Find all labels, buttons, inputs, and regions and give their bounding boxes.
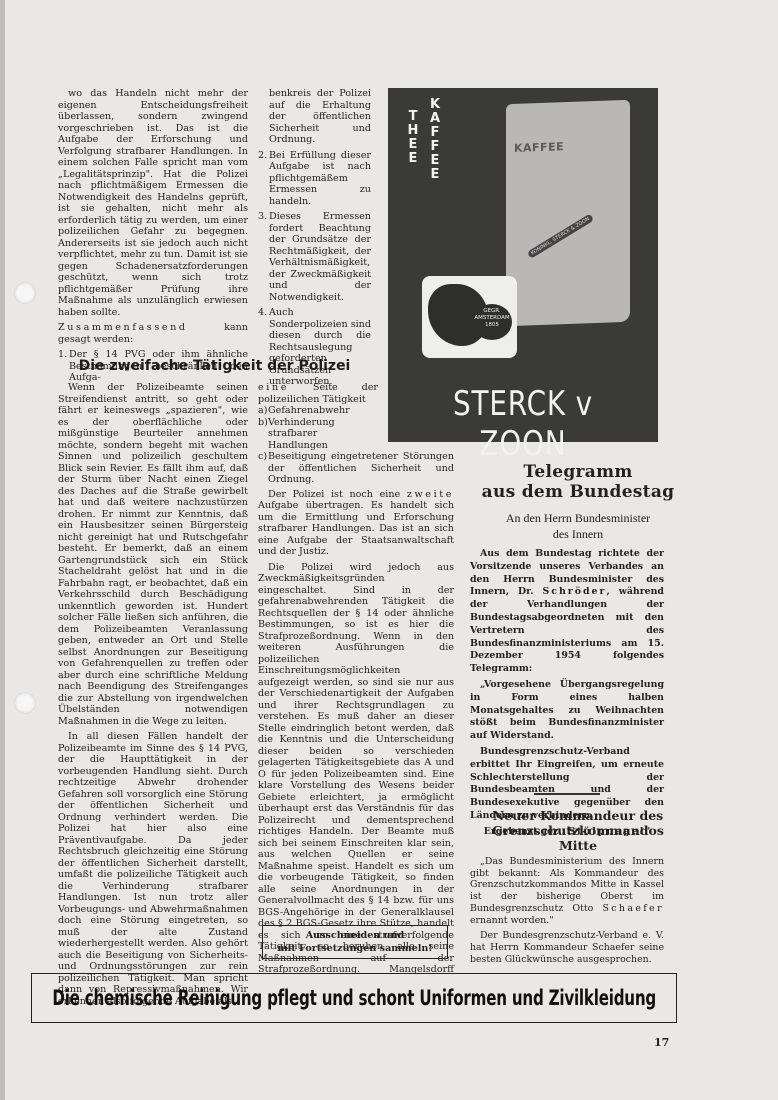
list-text: Dieses Ermessen fordert Beachtung der Gr… bbox=[269, 211, 371, 303]
alpha-marker: b) bbox=[258, 417, 268, 452]
ad-vertical-kaffee: KAFFEE bbox=[428, 98, 442, 182]
seal-line-2: AMSTERDAM bbox=[472, 315, 512, 322]
commander-paragraph: „Das Bundesministerium des Innern gibt b… bbox=[470, 856, 664, 926]
spaced-name: Schröder bbox=[543, 586, 607, 597]
seal-line-3: 1805 bbox=[472, 322, 512, 329]
cutout-line-1: Ausschneiden und bbox=[263, 929, 447, 942]
commander-paragraph: Der Bundesgrenzschutz-Verband e. V. hat … bbox=[470, 930, 664, 965]
list-item-3: 3. Dieses Ermessen fordert Beachtung der… bbox=[258, 211, 371, 303]
alpha-item-c: c)Beseitigung eingetretener Störungen de… bbox=[258, 451, 454, 486]
coffee-package-image: KAFFEE KONINKL. STERCK & ZOON bbox=[506, 100, 630, 326]
telegram-body: Aus dem Bundestag richtete der Vorsitzen… bbox=[470, 548, 664, 842]
telegram-title-line-1: Telegramm bbox=[478, 462, 678, 482]
list-item-4: 4. Auch Sonderpolizeien sind diesen durc… bbox=[258, 307, 371, 388]
package-ribbon: KONINKL. STERCK & ZOON bbox=[527, 214, 594, 259]
article-col2-lead: eine Seite der polizeilichen Tätigkeit bbox=[258, 382, 378, 405]
section-divider bbox=[534, 793, 600, 795]
list-item-2: 2. Bei Erfüllung dieser Aufgabe ist nach… bbox=[258, 150, 371, 208]
banner-text: Die chemische Reinigung pflegt und schon… bbox=[52, 986, 656, 1010]
list-item-1-continued: benkreis der Polizei auf die Erhaltung d… bbox=[258, 88, 371, 146]
list-number: 3. bbox=[258, 211, 269, 303]
article-paragraph: Wenn der Polizeibeamte seinen Streifendi… bbox=[58, 382, 248, 727]
article-headline: Die zweifache Tätigkeit der Polizei bbox=[62, 358, 367, 374]
article-column-1: Wenn der Polizeibeamte seinen Streifendi… bbox=[58, 382, 248, 1011]
article-paragraph: Die Polizei wird jedoch aus Zweckmäßigke… bbox=[258, 562, 454, 976]
commander-body: „Das Bundesministerium des Innern gibt b… bbox=[470, 856, 664, 969]
list-number: 4. bbox=[258, 307, 269, 388]
list-number: 2. bbox=[258, 150, 269, 208]
scan-left-edge bbox=[0, 0, 5, 1100]
spaced-word: eine bbox=[258, 382, 289, 393]
cutout-notice-box: Ausschneiden und mit Fortsetzungen samme… bbox=[262, 925, 448, 959]
page-number: 17 bbox=[654, 1036, 669, 1049]
list-text: Bei Erfüllung dieser Aufgabe ist nach pf… bbox=[269, 150, 371, 208]
commander-title-line-1: Neuer Kommandeur des bbox=[478, 808, 678, 823]
article-column-2: eine Seite der polizeilichen Tätigkeit a… bbox=[258, 382, 454, 976]
text-run: , während der Verhandlungen der Bundesta… bbox=[470, 586, 664, 674]
intro-column-left: wo das Handeln nicht mehr der eigenen En… bbox=[58, 88, 248, 388]
punch-hole-bottom bbox=[14, 692, 36, 714]
commander-title: Neuer Kommandeur des Grenzschutzkommando… bbox=[478, 808, 678, 853]
seal-text: GEGR. AMSTERDAM 1805 bbox=[472, 304, 512, 340]
telegram-paragraph: „Vorgesehene Übergangsregelung in Form e… bbox=[470, 679, 664, 743]
article-paragraph: Der Polizei ist noch eine zweite Aufgabe… bbox=[258, 489, 454, 558]
spaced-word: zweite bbox=[407, 489, 454, 500]
telegram-subtitle-line-1: An den Herrn Bundesminister bbox=[478, 510, 678, 526]
intro-paragraph: wo das Handeln nicht mehr der eigenen En… bbox=[58, 88, 248, 318]
alpha-marker: a) bbox=[258, 405, 268, 417]
cutout-line-2: mit Fortsetzungen sammeln! bbox=[263, 942, 447, 955]
punch-hole-top bbox=[14, 282, 36, 304]
commander-title-line-3: Mitte bbox=[478, 838, 678, 853]
article-paragraph: In all diesen Fällen handelt der Polizei… bbox=[58, 731, 248, 1007]
dragon-seal-logo: GEGR. AMSTERDAM 1805 bbox=[422, 276, 517, 358]
list-text: Auch Sonderpolizeien sind diesen durch d… bbox=[269, 307, 371, 388]
alpha-text: Beseitigung eingetretener Störungen der … bbox=[268, 451, 454, 486]
telegram-title: Telegramm aus dem Bundestag bbox=[478, 462, 678, 502]
commander-title-line-2: Grenzschutzkommandos bbox=[478, 823, 678, 838]
intro-column-right: benkreis der Polizei auf die Erhaltung d… bbox=[258, 88, 371, 392]
telegram-title-line-2: aus dem Bundestag bbox=[478, 482, 678, 502]
alpha-item-b: b)Verhinderung strafbarer Handlungen bbox=[258, 417, 378, 452]
summary-line: Zusammenfassend kann gesagt werden: bbox=[58, 322, 248, 345]
text-run: Aufgabe übertragen. Es handelt sich um d… bbox=[258, 500, 454, 557]
seal-line-1: GEGR. bbox=[472, 308, 512, 315]
telegram-paragraph: Aus dem Bundestag richtete der Vorsitzen… bbox=[470, 548, 664, 676]
text-run: Der Polizei ist noch eine bbox=[268, 489, 407, 500]
alpha-item-a: a)Gefahrenabwehr bbox=[258, 405, 378, 417]
summary-spaced-word: Zusammenfassend bbox=[58, 322, 188, 333]
alpha-text: Gefahrenabwehr bbox=[268, 405, 350, 417]
telegram-subtitle: An den Herrn Bundesminister des Innern bbox=[478, 510, 678, 542]
dry-cleaning-banner: Die chemische Reinigung pflegt und schon… bbox=[31, 973, 677, 1023]
alpha-list: a)Gefahrenabwehr b)Verhinderung strafbar… bbox=[258, 405, 378, 451]
ad-vertical-thee: THEE bbox=[406, 110, 420, 166]
telegram-subtitle-line-2: des Innern bbox=[478, 526, 678, 542]
alpha-marker: c) bbox=[258, 451, 268, 486]
alpha-text: Verhinderung strafbarer Handlungen bbox=[268, 417, 378, 452]
text-run: ernannt worden." bbox=[470, 915, 554, 926]
package-label: KAFFEE bbox=[514, 140, 564, 155]
spaced-name: Schaefer bbox=[602, 903, 664, 914]
